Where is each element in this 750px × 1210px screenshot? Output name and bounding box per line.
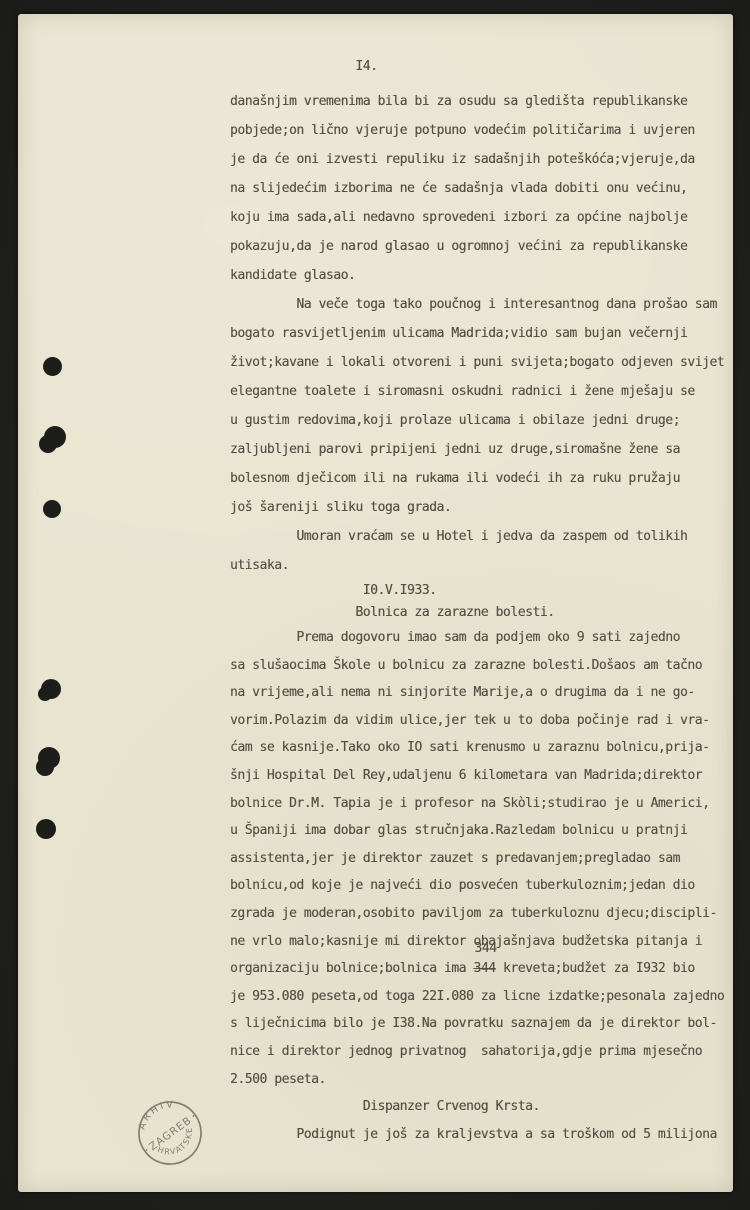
section-heading-dispanzer: Dispanzer Crvenog Krsta. bbox=[230, 1093, 735, 1121]
text-line: šnji Hospital Del Rey,udaljenu 6 kilomet… bbox=[230, 762, 735, 790]
text-line: u Španiji ima dobar glas stručnjaka.Razl… bbox=[230, 817, 735, 845]
text-line: assistenta,jer je direktor zauzet s pred… bbox=[230, 845, 735, 873]
text-line: Na veče toga tako poučnog i interesantno… bbox=[230, 290, 735, 319]
text-line: na vrijeme,ali nema ni sinjorite Marije,… bbox=[230, 679, 735, 707]
typed-text: I4.današnjim vremenima bila bi za osudu … bbox=[230, 52, 735, 1148]
text-line: Umoran vraćam se u Hotel i jedva da zasp… bbox=[230, 522, 735, 551]
typed-correction: 344344 bbox=[473, 955, 495, 983]
archive-stamp-icon: ARHIV ZAGREB HRVATSKE bbox=[114, 1077, 226, 1189]
text-line: pobjede;on lično vjeruje potpuno vodećim… bbox=[230, 116, 735, 145]
text-line: elegantne toalete i siromasni oskudni ra… bbox=[230, 377, 735, 406]
punch-hole bbox=[36, 819, 56, 839]
text-line: 2.500 peseta. bbox=[230, 1066, 735, 1094]
entry-date: I0.V.I933. bbox=[230, 580, 735, 602]
text-line: bolnicu,od koje je najveći dio posvećen … bbox=[230, 872, 735, 900]
archive-stamp-svg: ARHIV ZAGREB HRVATSKE bbox=[114, 1077, 226, 1189]
text-line: bolnice Dr.M. Tapia je i profesor na Skò… bbox=[230, 790, 735, 818]
text-line: bogato rasvijetljenim ulicama Madrida;vi… bbox=[230, 319, 735, 348]
punch-hole bbox=[38, 687, 52, 701]
document-page: I4.današnjim vremenima bila bi za osudu … bbox=[18, 14, 733, 1192]
text-line: u gustim redovima,koji prolaze ulicama i… bbox=[230, 406, 735, 435]
text-line: Prema dogovoru imao sam da podjem oko 9 … bbox=[230, 624, 735, 652]
text-line: je 953.080 peseta,od toga 22I.080 za lic… bbox=[230, 983, 735, 1011]
section-heading-bolnica: Bolnica za zarazne bolesti. bbox=[230, 602, 735, 624]
text-line: nice i direktor jednog privatnog sahator… bbox=[230, 1038, 735, 1066]
text-line: bolesnom dječicom ili na rukama ili vode… bbox=[230, 464, 735, 493]
text-line: utisaka. bbox=[230, 551, 735, 580]
text-line: kandidate glasao. bbox=[230, 261, 735, 290]
text-line: još šareniji sliku toga grada. bbox=[230, 493, 735, 522]
punch-hole bbox=[43, 357, 62, 376]
scan-background: I4.današnjim vremenima bila bi za osudu … bbox=[0, 0, 750, 1210]
text-line: današnjim vremenima bila bi za osudu sa … bbox=[230, 87, 735, 116]
punch-hole bbox=[36, 758, 54, 776]
text-line: vorim.Polazim da vidim ulice,jer tek u t… bbox=[230, 707, 735, 735]
corrected-line: organizaciju bolnice;bolnica ima 344344 … bbox=[230, 955, 735, 983]
text-line: koju ima sada,ali nedavno sprovedeni izb… bbox=[230, 203, 735, 232]
text-line: život;kavane i lokali otvoreni i puni sv… bbox=[230, 348, 735, 377]
text-line: Podignut je još za kraljevstva a sa troš… bbox=[230, 1121, 735, 1149]
text-line: zgrada je moderan,osobito paviljom za tu… bbox=[230, 900, 735, 928]
text-line: sa slušaocima Škole u bolnicu za zarazne… bbox=[230, 652, 735, 680]
text-line: je da će oni izvesti repuliku iz sadašnj… bbox=[230, 145, 735, 174]
text-line: na slijedećim izborima ne će sadašnja vl… bbox=[230, 174, 735, 203]
text-line: ćam se kasnije.Tako oko IO sati krenusmo… bbox=[230, 734, 735, 762]
punch-hole bbox=[39, 435, 57, 453]
text-line: zaljubljeni parovi pripijeni jedni uz dr… bbox=[230, 435, 735, 464]
page-number: I4. bbox=[230, 52, 735, 81]
text-line: s liječnicima bilo je I38.Na povratku sa… bbox=[230, 1010, 735, 1038]
text-line: pokazuju,da je narod glasao u ogromnoj v… bbox=[230, 232, 735, 261]
punch-hole bbox=[43, 500, 61, 518]
